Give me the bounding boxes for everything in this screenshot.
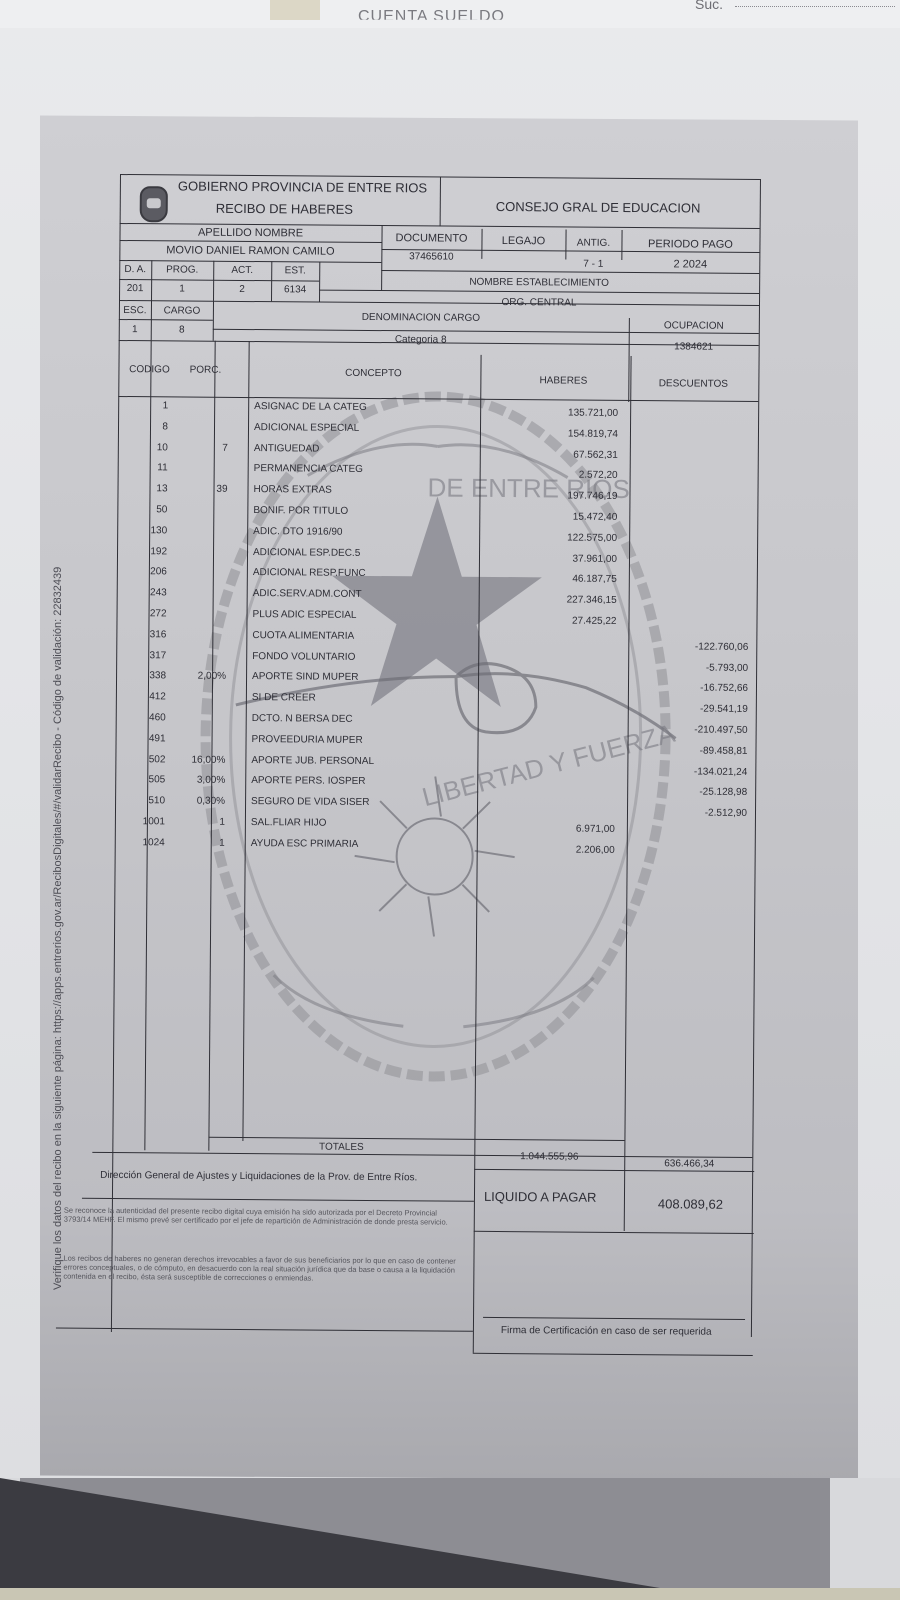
employee-legajo	[481, 255, 565, 256]
row-descuentos: -2.512,90	[627, 807, 747, 819]
row-codigo: 317	[116, 650, 166, 661]
row-haberes	[496, 657, 616, 658]
row-haberes: 27.425,22	[496, 615, 616, 627]
row-porc: 3,00%	[175, 775, 225, 786]
row-codigo: 338	[116, 670, 166, 681]
row-haberes	[496, 740, 616, 741]
coat-of-arms-watermark: DE ENTRE RIOS LIBERTAD Y FUERZA	[153, 374, 719, 1098]
row-concepto: BONIF. POR TITULO	[253, 505, 348, 517]
row-codigo: 412	[116, 691, 166, 702]
suc-dotted-line	[735, 6, 895, 7]
col-porc: PORC.	[180, 364, 230, 375]
row-porc: 39	[177, 484, 227, 495]
row-descuentos	[629, 537, 749, 538]
da-value: 201	[119, 283, 151, 294]
row-haberes: 15.472,40	[497, 511, 617, 523]
row-concepto: ANTIGUEDAD	[254, 443, 320, 455]
establecimiento-label: NOMBRE ESTABLECIMIENTO	[319, 276, 759, 290]
row-codigo: 11	[118, 462, 168, 473]
organism-title: CONSEJO GRAL DE EDUCACION	[496, 199, 701, 216]
liquido-label: LIQUIDO A PAGAR	[484, 1189, 597, 1205]
row-codigo: 505	[115, 774, 165, 785]
row-codigo: 460	[116, 712, 166, 723]
background-sheet: CUENTA SUELDO Suc.	[0, 0, 900, 28]
denominacion-label: DENOMINACION CARGO	[213, 311, 629, 325]
col-concepto: CONCEPTO	[248, 367, 498, 380]
legal-disclaimer: Los recibos de haberes no generan derech…	[63, 1254, 463, 1284]
row-codigo: 1	[118, 400, 168, 411]
row-haberes: 2.206,00	[495, 844, 615, 856]
antig-label: ANTIG.	[565, 238, 621, 249]
act-label: ACT.	[213, 265, 271, 276]
row-codigo: 510	[115, 795, 165, 806]
row-codigo: 1024	[115, 837, 165, 848]
row-descuentos	[629, 620, 749, 621]
cuenta-sueldo-label: CUENTA SUELDO	[358, 8, 505, 26]
da-label: D. A.	[119, 264, 151, 275]
est-label: EST.	[271, 265, 319, 276]
row-concepto: DCTO. N BERSA DEC	[252, 713, 353, 725]
row-descuentos: -16.752,66	[628, 682, 748, 694]
prog-label: PROG.	[151, 264, 213, 275]
document-label: DOCUMENTO	[381, 232, 481, 245]
row-codigo: 206	[117, 566, 167, 577]
row-concepto: APORTE SIND MUPER	[252, 671, 359, 683]
row-concepto: SAL.FLIAR HIJO	[251, 817, 327, 829]
validation-note: Verifique los datos del recibo en la sig…	[52, 450, 64, 1290]
periodo-label: PERIODO PAGO	[621, 238, 759, 251]
row-descuentos: -122.760,06	[628, 641, 748, 653]
row-porc: 0,30%	[175, 796, 225, 807]
est-value: 6134	[271, 284, 319, 295]
cargo-label: CARGO	[151, 305, 213, 316]
row-codigo: 192	[117, 546, 167, 557]
prog-value: 1	[151, 283, 213, 294]
row-haberes	[496, 677, 616, 678]
document-title: RECIBO DE HABERES	[216, 201, 353, 217]
row-haberes	[495, 802, 615, 803]
row-descuentos: -25.128,98	[627, 786, 747, 798]
receipt: DE ENTRE RIOS LIBERTAD Y FUERZA GOBIERNO…	[111, 174, 766, 1339]
row-concepto: AYUDA ESC PRIMARIA	[251, 838, 359, 850]
row-codigo: 502	[115, 754, 165, 765]
row-haberes	[496, 698, 616, 699]
row-concepto: HORAS EXTRAS	[253, 484, 331, 496]
row-codigo: 10	[118, 442, 168, 453]
payment-period: 2 2024	[621, 258, 759, 271]
row-descuentos	[627, 849, 747, 850]
row-concepto: SEGURO DE VIDA SISER	[251, 796, 369, 808]
row-descuentos: -5.793,00	[628, 662, 748, 674]
row-descuentos: -29.541,19	[628, 703, 748, 715]
row-haberes: 197.746,19	[497, 490, 617, 502]
row-concepto: PROVEEDURIA MUPER	[252, 734, 363, 746]
row-haberes: 2.572,20	[498, 469, 618, 481]
row-haberes: 46.187,75	[497, 573, 617, 585]
row-concepto: APORTE JUB. PERSONAL	[251, 755, 374, 767]
row-concepto: PLUS ADIC ESPECIAL	[253, 609, 357, 621]
name-label: APELLIDO NOMBRE	[119, 226, 381, 240]
row-descuentos	[630, 412, 750, 413]
row-codigo: 8	[118, 421, 168, 432]
legajo-label: LEGAJO	[481, 235, 565, 248]
row-haberes: 154.819,74	[498, 428, 618, 440]
row-porc: 1	[175, 837, 225, 848]
row-descuentos	[629, 599, 749, 600]
act-value: 2	[213, 284, 271, 295]
row-concepto: ADICIONAL ESP.DEC.5	[253, 547, 360, 559]
row-concepto: CUOTA ALIMENTARIA	[252, 630, 354, 642]
row-concepto: ADICIONAL RESP.FUNC	[253, 567, 366, 579]
sun-icon	[354, 776, 515, 937]
ocupacion-label: OCUPACION	[629, 320, 759, 332]
employee-antig: 7 - 1	[565, 259, 621, 270]
row-haberes	[495, 761, 615, 762]
row-descuentos	[627, 828, 747, 829]
province-shield-icon	[140, 186, 168, 222]
row-descuentos	[630, 433, 750, 434]
row-haberes: 227.346,15	[497, 594, 617, 606]
row-haberes	[496, 719, 616, 720]
sheet-tab	[270, 0, 320, 20]
ocupacion-value: 1384621	[629, 341, 759, 353]
row-codigo: 1001	[115, 816, 165, 827]
row-haberes: 67.562,31	[498, 449, 618, 461]
row-porc: 1	[175, 816, 225, 827]
row-haberes	[495, 781, 615, 782]
row-concepto: ADICIONAL ESPECIAL	[254, 422, 359, 434]
row-concepto: ADIC. DTO 1916/90	[253, 526, 342, 538]
government-title: GOBIERNO PROVINCIA DE ENTRE RIOS	[178, 178, 427, 195]
row-haberes: 6.971,00	[495, 823, 615, 835]
totals-label: TOTALES	[208, 1141, 474, 1154]
row-porc: 16,00%	[175, 754, 225, 765]
suc-label: Suc.	[695, 0, 723, 12]
row-descuentos	[630, 474, 750, 475]
esc-value: 1	[119, 324, 151, 335]
row-concepto: ASIGNAC DE LA CATEG	[254, 401, 367, 413]
row-haberes: 122.575,00	[497, 532, 617, 544]
row-porc: 7	[178, 442, 228, 453]
row-codigo: 243	[117, 587, 167, 598]
employee-document: 37465610	[381, 251, 481, 263]
row-descuentos	[629, 516, 749, 517]
row-concepto: SI DE CREER	[252, 692, 316, 704]
esc-label: ESC.	[119, 305, 151, 316]
row-descuentos	[629, 578, 749, 579]
row-concepto: APORTE PERS. IOSPER	[251, 775, 365, 787]
row-codigo: 13	[117, 483, 167, 494]
totals-descuentos: 636.466,34	[624, 1158, 754, 1170]
row-codigo: 316	[116, 629, 166, 640]
row-concepto: ADIC.SERV.ADM.CONT	[253, 588, 362, 600]
liquido-value: 408.089,62	[658, 1196, 723, 1212]
row-descuentos: -210.497,50	[628, 724, 748, 736]
employee-name: MOVIO DANIEL RAMON CAMILO	[119, 244, 381, 258]
row-codigo: 130	[117, 525, 167, 536]
background-surface	[0, 1478, 900, 1600]
col-haberes: HABERES	[498, 375, 628, 387]
row-descuentos	[630, 454, 750, 455]
row-codigo: 272	[117, 608, 167, 619]
legal-authenticity: Se reconoce la autenticidad del presente…	[64, 1206, 464, 1227]
row-codigo: 491	[116, 733, 166, 744]
row-codigo: 50	[117, 504, 167, 515]
cargo-value: 8	[151, 324, 213, 335]
row-haberes: 135.721,00	[498, 407, 618, 419]
firma-label: Firma de Certificación en caso de ser re…	[501, 1325, 712, 1338]
row-haberes: 37.961,00	[497, 553, 617, 565]
row-haberes	[496, 636, 616, 637]
row-descuentos	[629, 495, 749, 496]
row-porc: 2,00%	[176, 671, 226, 682]
row-descuentos: -89.458,81	[627, 745, 747, 757]
direccion-note: Dirección General de Ajustes y Liquidaci…	[100, 1170, 417, 1183]
row-descuentos: -134.021,24	[627, 766, 747, 778]
row-descuentos	[629, 558, 749, 559]
row-concepto: PERMANENCIA CATEG	[254, 463, 363, 475]
col-descuentos: DESCUENTOS	[628, 378, 758, 390]
row-concepto: FONDO VOLUNTARIO	[252, 651, 355, 663]
